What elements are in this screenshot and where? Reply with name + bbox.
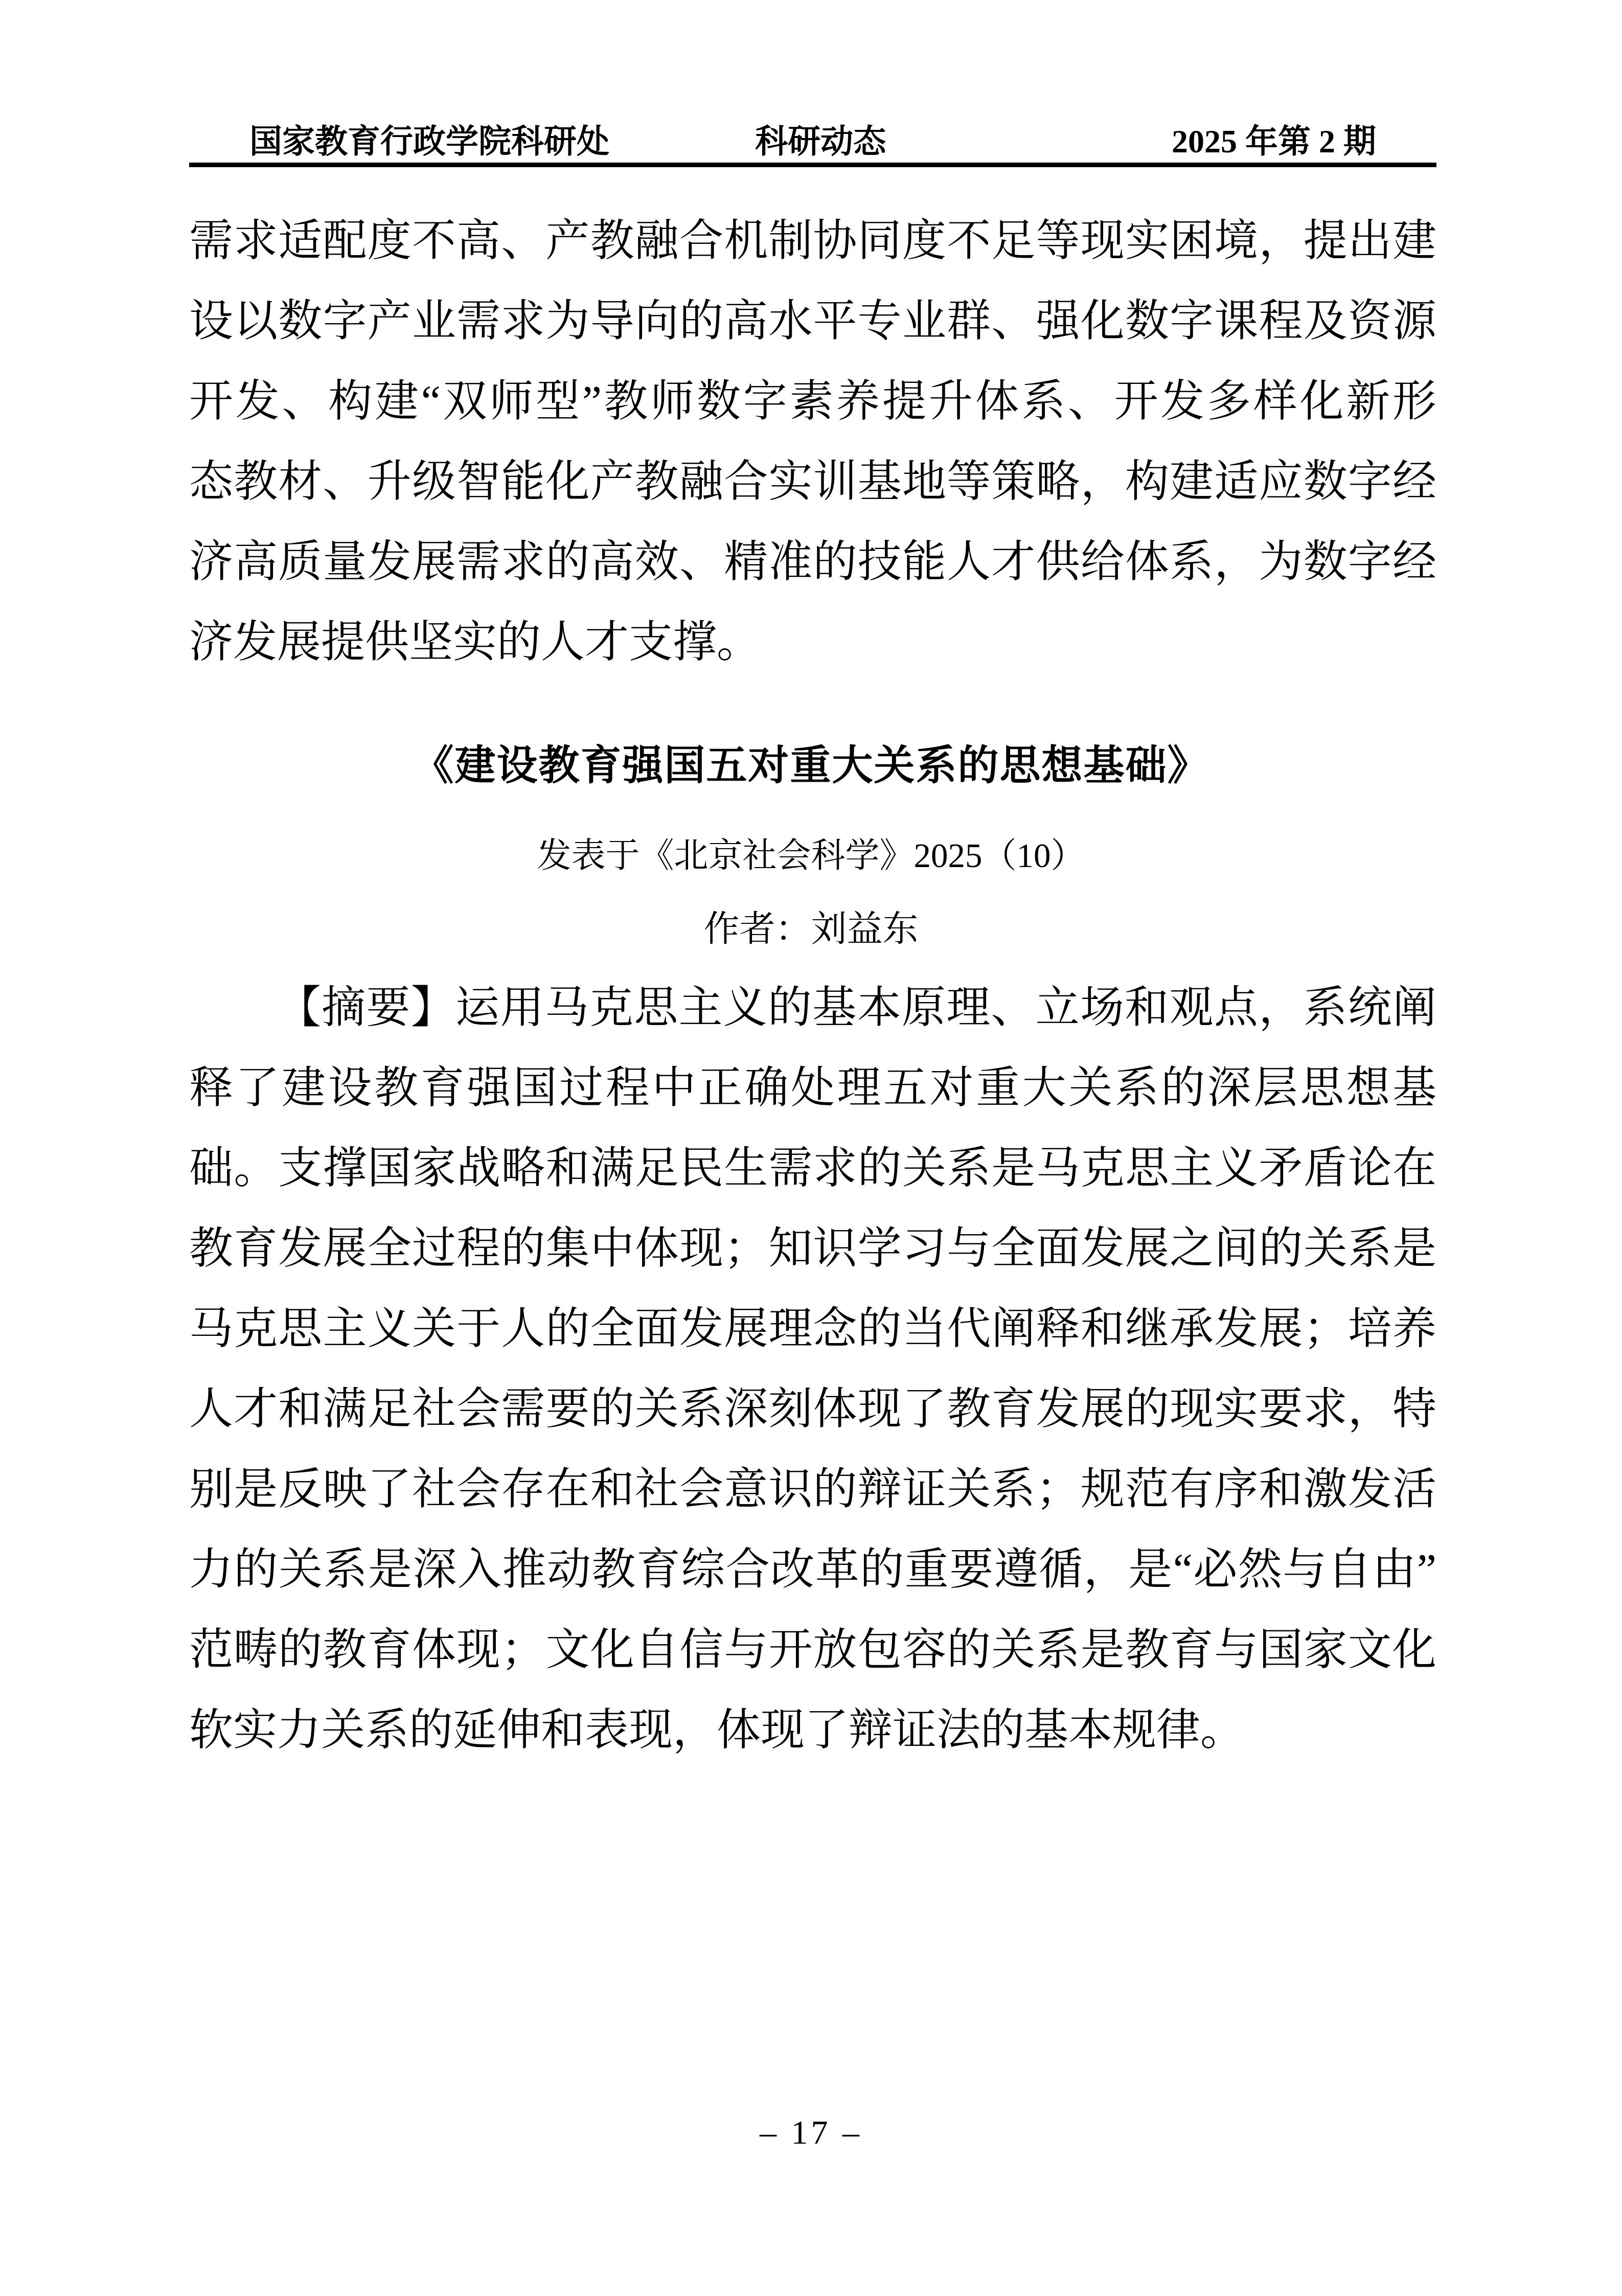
text-line: 软实力关系的延伸和表现，体现了辩证法的基本规律。 <box>189 1690 1436 1770</box>
publication-line: 发表于《北京社会科学》2025（10） <box>0 830 1622 881</box>
author-line: 作者：刘益东 <box>0 904 1622 956</box>
text-line: 设以数字产业需求为导向的高水平专业群、强化数字课程及资源 <box>189 281 1436 361</box>
text-line: 释了建设教育强国过程中正确处理五对重大关系的深层思想基 <box>189 1048 1436 1128</box>
abstract-paragraph: 【摘要】运用马克思主义的基本原理、立场和观点，系统阐释了建设教育强国过程中正确处… <box>189 968 1436 1770</box>
text-line: 【摘要】运用马克思主义的基本原理、立场和观点，系统阐 <box>189 968 1436 1048</box>
page-number: – 17 – <box>0 2109 1622 2156</box>
article-title: 《建设教育强国五对重大关系的思想基础》 <box>0 737 1622 794</box>
text-line: 教育发展全过程的集中体现；知识学习与全面发展之间的关系是 <box>189 1209 1436 1289</box>
text-line: 开发、构建“双师型”教师数字素养提升体系、开发多样化新形 <box>189 361 1436 442</box>
text-line: 础。支撑国家战略和满足民生需求的关系是马克思主义矛盾论在 <box>189 1128 1436 1209</box>
header-row: 国家教育行政学院科研处 科研动态 2025 年第 2 期 <box>189 121 1436 163</box>
text-line: 力的关系是深入推动教育综合改革的重要遵循，是“必然与自由” <box>189 1530 1436 1610</box>
text-line: 范畴的教育体现；文化自信与开放包容的关系是教育与国家文化 <box>189 1610 1436 1690</box>
header-bulletin-title: 科研动态 <box>755 121 886 163</box>
document-page: 国家教育行政学院科研处 科研动态 2025 年第 2 期 需求适配度不高、产教融… <box>0 0 1622 2296</box>
text-line: 别是反映了社会存在和社会意识的辩证关系；规范有序和激发活 <box>189 1449 1436 1530</box>
header-institution: 国家教育行政学院科研处 <box>249 121 609 163</box>
text-line: 济高质量发展需求的高效、精准的技能人才供给体系，为数字经 <box>189 522 1436 602</box>
text-line: 马克思主义关于人的全面发展理念的当代阐释和继承发展；培养 <box>189 1289 1436 1369</box>
text-line: 人才和满足社会需要的关系深刻体现了教育发展的现实要求，特 <box>189 1369 1436 1449</box>
body-paragraph-continuation: 需求适配度不高、产教融合机制协同度不足等现实困境，提出建设以数字产业需求为导向的… <box>189 201 1436 683</box>
header-issue: 2025 年第 2 期 <box>1172 121 1376 163</box>
page-header: 国家教育行政学院科研处 科研动态 2025 年第 2 期 <box>189 121 1436 167</box>
text-line: 需求适配度不高、产教融合机制协同度不足等现实困境，提出建 <box>189 201 1436 281</box>
text-line: 济发展提供坚实的人才支撑。 <box>189 602 1436 683</box>
text-line: 态教材、升级智能化产教融合实训基地等策略，构建适应数字经 <box>189 442 1436 522</box>
